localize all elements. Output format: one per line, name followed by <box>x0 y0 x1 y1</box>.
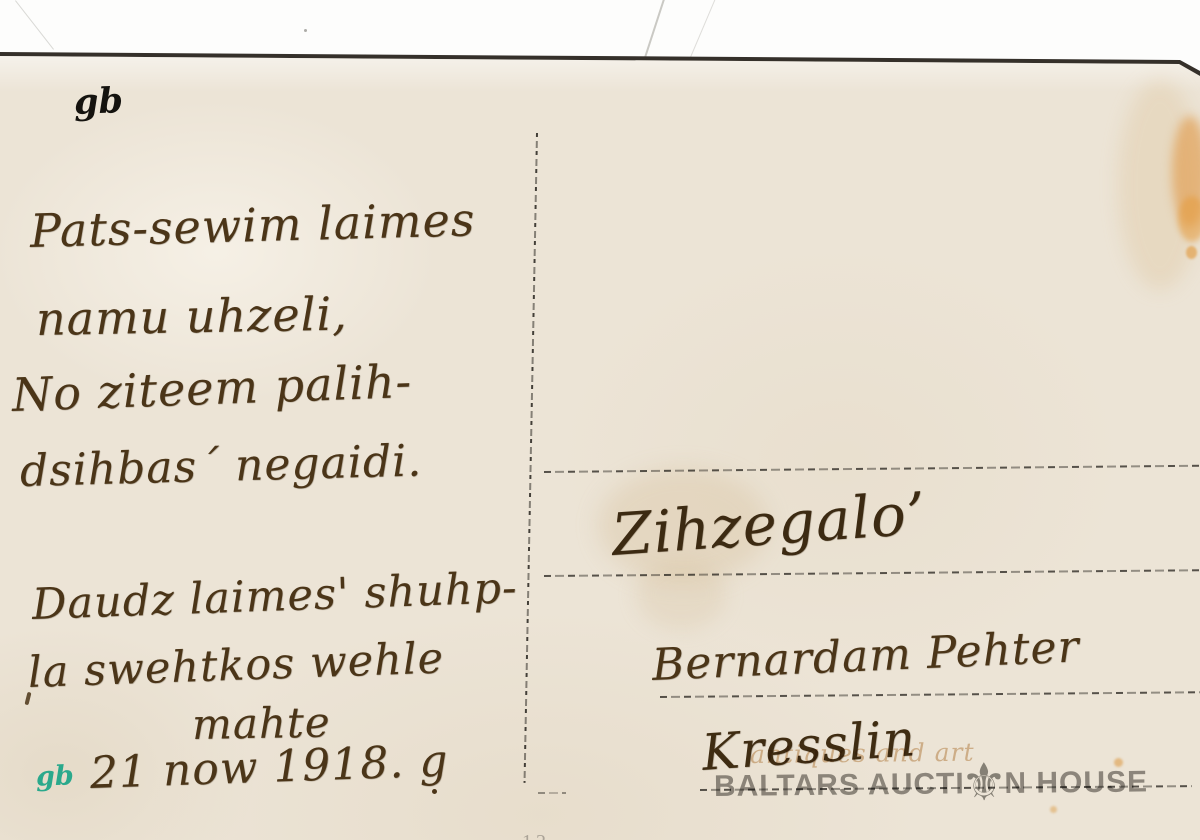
message-line: No ziteem palih- <box>11 358 413 418</box>
scan-scratch <box>15 0 54 49</box>
scan-speck <box>304 29 307 32</box>
postcard-paper <box>0 0 1200 840</box>
postcard-scan: gb gb Pats-sewim laimes namu uhzeli, No … <box>0 0 1200 840</box>
stain-speck <box>1050 806 1057 813</box>
watermark-tagline: antiques and art <box>750 738 975 769</box>
address-rule-4-fragment <box>538 792 566 794</box>
ink-dot <box>432 789 437 794</box>
message-line: namu uhzeli, <box>36 291 348 342</box>
message-date: 21 now 1918. g <box>89 739 449 795</box>
bottom-edge-print-fragment: 12 <box>522 831 586 840</box>
stain-orange <box>1178 196 1200 242</box>
message-line: dsihbas´ negaidi. <box>19 439 422 494</box>
message-line: Pats-sewim laimes <box>29 196 475 254</box>
watermark-brand-left: BALTARS AUCTI <box>714 767 965 804</box>
stain-smudge <box>636 560 726 630</box>
stain-orange <box>1186 246 1197 259</box>
collector-mark-top: gb <box>73 83 123 120</box>
watermark-brand-right: N HOUSE <box>1004 765 1148 801</box>
watermark-brand: BALTARS AUCTI ⚜ N HOUSE <box>714 765 1148 804</box>
collector-mark-bottom: gb <box>36 762 75 790</box>
scan-scratch <box>689 0 716 60</box>
